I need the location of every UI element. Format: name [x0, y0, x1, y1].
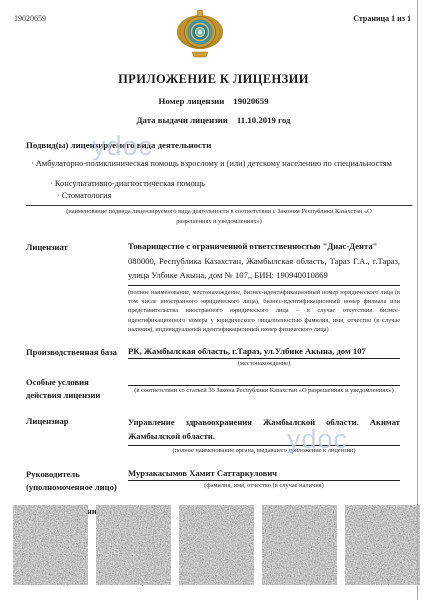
licensor-value: Управление здравоохранения Жамбылской об…	[128, 415, 400, 443]
qr-code	[96, 505, 171, 585]
field-label: Лицензиар	[26, 415, 128, 456]
licensee-caption: (полное наименование, местонахождение, б…	[128, 288, 400, 335]
license-annex-page: ydoc ydoc 19020659	[0, 0, 427, 600]
license-date-label: Дата выдачи лицензии	[137, 115, 228, 125]
qr-code	[179, 505, 254, 585]
field-value: (в соответствии со статьей 36 Закона Рес…	[128, 376, 400, 402]
subtypes-caption: (наименование подвида лицензируемого вид…	[26, 206, 412, 226]
licensee-name: Товарищество с ограниченной ответственно…	[128, 241, 400, 251]
kazakhstan-emblem-icon	[176, 8, 224, 58]
divider	[128, 285, 400, 286]
license-number-value: 19020659	[233, 96, 268, 106]
field-row-licensor: Лицензиар Управление здравоохранения Жам…	[26, 415, 412, 456]
license-number-line: Номер лицензии19020659	[0, 96, 427, 106]
qr-code	[345, 505, 420, 585]
qr-code	[262, 505, 337, 585]
page-header: 19020659 Стр	[0, 0, 427, 58]
license-number-label: Номер лицензии	[159, 96, 225, 106]
field-row-production-base: Производственная база РК, Жамбылская обл…	[26, 346, 412, 369]
field-value: Мурзакасымов Хамит Саттаркулович (фамили…	[128, 468, 400, 494]
page-title: ПРИЛОЖЕНИЕ К ЛИЦЕНЗИИ	[0, 72, 427, 87]
qr-code	[13, 505, 88, 585]
page-indicator: Страница 1 из 1	[353, 6, 411, 23]
doc-number: 19020659	[14, 6, 46, 23]
field-row-special-conditions: Особые условия действия лицензии (в соот…	[26, 376, 412, 402]
special-conditions-value	[128, 376, 400, 383]
license-date-line: Дата выдачи лицензии11.10.2019 год	[0, 115, 427, 125]
head-caption: (фамилия, имя, отчество (в случае наличи…	[128, 481, 400, 491]
head-value: Мурзакасымов Хамит Саттаркулович	[128, 468, 400, 478]
field-label: Особые условия действия лицензии	[26, 376, 128, 402]
field-value: РК, Жамбылская область, г.Тараз, ул.Улби…	[128, 346, 400, 369]
field-label: Лицензиат	[26, 241, 128, 335]
special-conditions-caption: (в соответствии со статьей 36 Закона Рес…	[128, 386, 400, 396]
barcode-strip	[13, 505, 420, 585]
field-value: Управление здравоохранения Жамбылской об…	[128, 415, 400, 456]
field-row-licensee: Лицензиат Товарищество с ограниченной от…	[26, 241, 412, 335]
field-label: Производственная база	[26, 346, 128, 369]
field-label: Руководитель (уполномоченное лицо)	[26, 468, 128, 494]
production-base-value: РК, Жамбылская область, г.Тараз, ул.Улби…	[128, 346, 400, 356]
production-base-caption: (местонахождение)	[128, 359, 400, 369]
licensor-caption: (полное наименование органа, выдавшего п…	[128, 446, 400, 456]
subtype-item: · Амбулаторно-поликлиническая помощь взр…	[31, 159, 412, 168]
field-row-head: Руководитель (уполномоченное лицо) Мурза…	[26, 468, 412, 494]
subtypes-heading: Подвид(ы) лицензируемого вида деятельнос…	[26, 140, 412, 150]
license-date-value: 11.10.2019 год	[237, 115, 291, 125]
licensee-address: 080000, Республика Казахстан, Жамбылская…	[128, 254, 400, 282]
subtype-item: · Консультативно-диагностическая помощь	[50, 179, 412, 188]
page-edge-line	[417, 0, 418, 600]
subtype-item: · Стоматология	[57, 191, 412, 200]
field-value: Товарищество с ограниченной ответственно…	[128, 241, 400, 335]
